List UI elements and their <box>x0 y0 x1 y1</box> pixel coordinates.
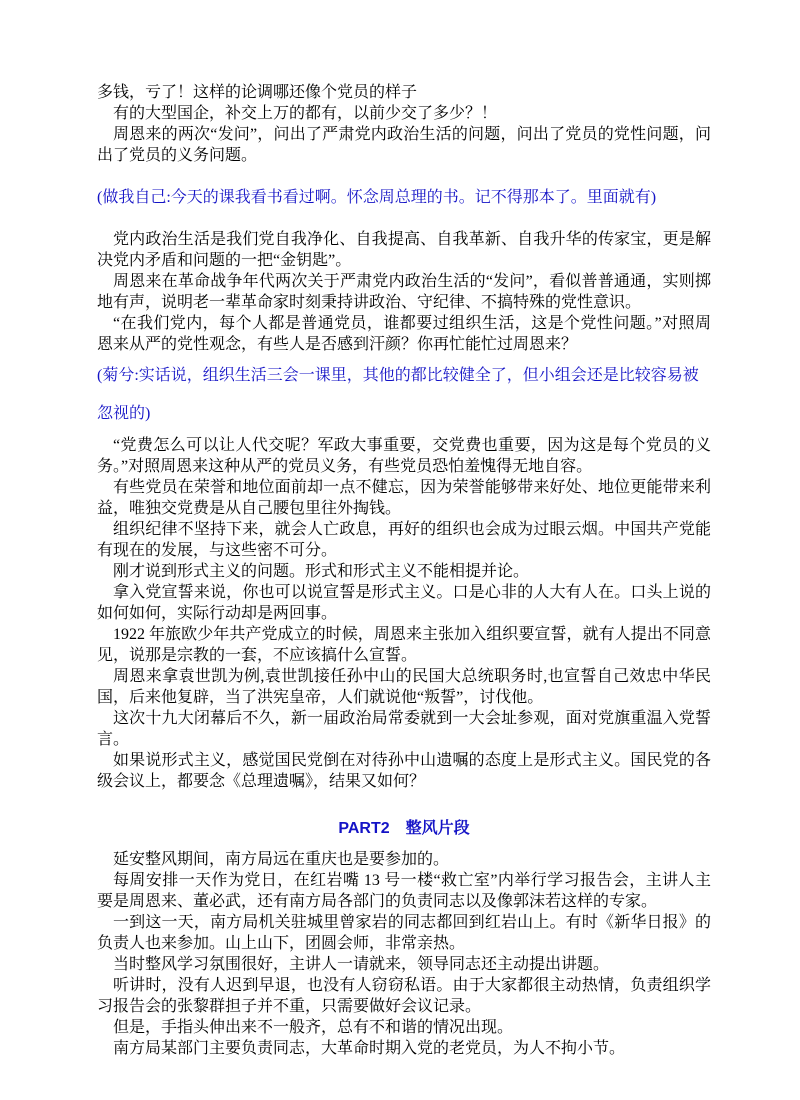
body-paragraph: 周恩来在革命战争年代两次关于严肃党内政治生活的“发问”，看似普普通通，实则掷地有… <box>97 271 711 313</box>
body-paragraph: 拿入党宣誓来说，你也可以说宣誓是形式主义。口是心非的人大有人在。口头上说的如何如… <box>97 582 711 624</box>
reader-note-1: (做我自己:今天的课我看书看过啊。怀念周总理的书。记不得那本了。里面就有) <box>97 187 711 208</box>
reader-note-2: (菊兮:实话说，组织生活三会一课里，其他的都比较健全了，但小组会还是比较容易被忽… <box>97 357 711 433</box>
body-paragraph: 多钱，亏了！这样的论调哪还像个党员的样子 <box>97 82 711 103</box>
body-paragraph: 周恩来拿袁世凯为例,袁世凯接任孙中山的民国大总统职务时,也宣誓自己效忠中华民国，… <box>97 666 711 708</box>
body-paragraph: 周恩来的两次“发问”，问出了严肃党内政治生活的问题，问出了党员的党性问题，问出了… <box>97 124 711 166</box>
body-paragraph: 党内政治生活是我们党自我净化、自我提高、自我革新、自我升华的传家宝，更是解决党内… <box>97 229 711 271</box>
document-page: 多钱，亏了！这样的论调哪还像个党员的样子 有的大型国企，补交上万的都有，以前少交… <box>0 0 800 1100</box>
body-paragraph: 每周安排一天作为党日，在红岩嘴 13 号一楼“救亡室”内举行学习报告会，主讲人主… <box>97 870 711 912</box>
body-paragraph: 有些党员在荣誉和地位面前却一点不健忘，因为荣誉能够带来好处、地位更能带来利益，唯… <box>97 477 711 519</box>
body-paragraph: 一到这一天，南方局机关驻城里曾家岩的同志都回到红岩山上。有时《新华日报》的负责人… <box>97 912 711 954</box>
body-paragraph: 这次十九大闭幕后不久，新一届政治局常委就到一大会址参观，面对党旗重温入党誓言。 <box>97 708 711 750</box>
part2-section-heading: PART2 整风片段 <box>97 818 711 839</box>
body-paragraph: 如果说形式主义，感觉国民党倒在对待孙中山遗嘱的态度上是形式主义。国民党的各级会议… <box>97 750 711 792</box>
body-paragraph: “在我们党内，每个人都是普通党员，谁都要过组织生活，这是个党性问题。”对照周恩来… <box>97 313 711 355</box>
body-paragraph: 南方局某部门主要负责同志，大革命时期入党的老党员，为人不拘小节。 <box>97 1038 711 1059</box>
body-paragraph: 刚才说到形式主义的问题。形式和形式主义不能相提并论。 <box>97 561 711 582</box>
body-paragraph: “党费怎么可以让人代交呢？军政大事重要，交党费也重要，因为这是每个党员的义务。”… <box>97 435 711 477</box>
body-paragraph: 1922 年旅欧少年共产党成立的时候，周恩来主张加入组织要宣誓，就有人提出不同意… <box>97 624 711 666</box>
body-paragraph: 有的大型国企，补交上万的都有，以前少交了多少？！ <box>97 103 711 124</box>
body-paragraph: 延安整风期间，南方局远在重庆也是要参加的。 <box>97 849 711 870</box>
body-paragraph: 听讲时，没有人迟到早退，也没有人窃窃私语。由于大家都很主动热情，负责组织学习报告… <box>97 975 711 1017</box>
body-paragraph: 组织纪律不坚持下来，就会人亡政息，再好的组织也会成为过眼云烟。中国共产党能有现在… <box>97 519 711 561</box>
body-paragraph: 但是，手指头伸出来不一般齐，总有不和谐的情况出现。 <box>97 1017 711 1038</box>
body-paragraph: 当时整风学习氛围很好，主讲人一请就来，领导同志还主动提出讲题。 <box>97 954 711 975</box>
